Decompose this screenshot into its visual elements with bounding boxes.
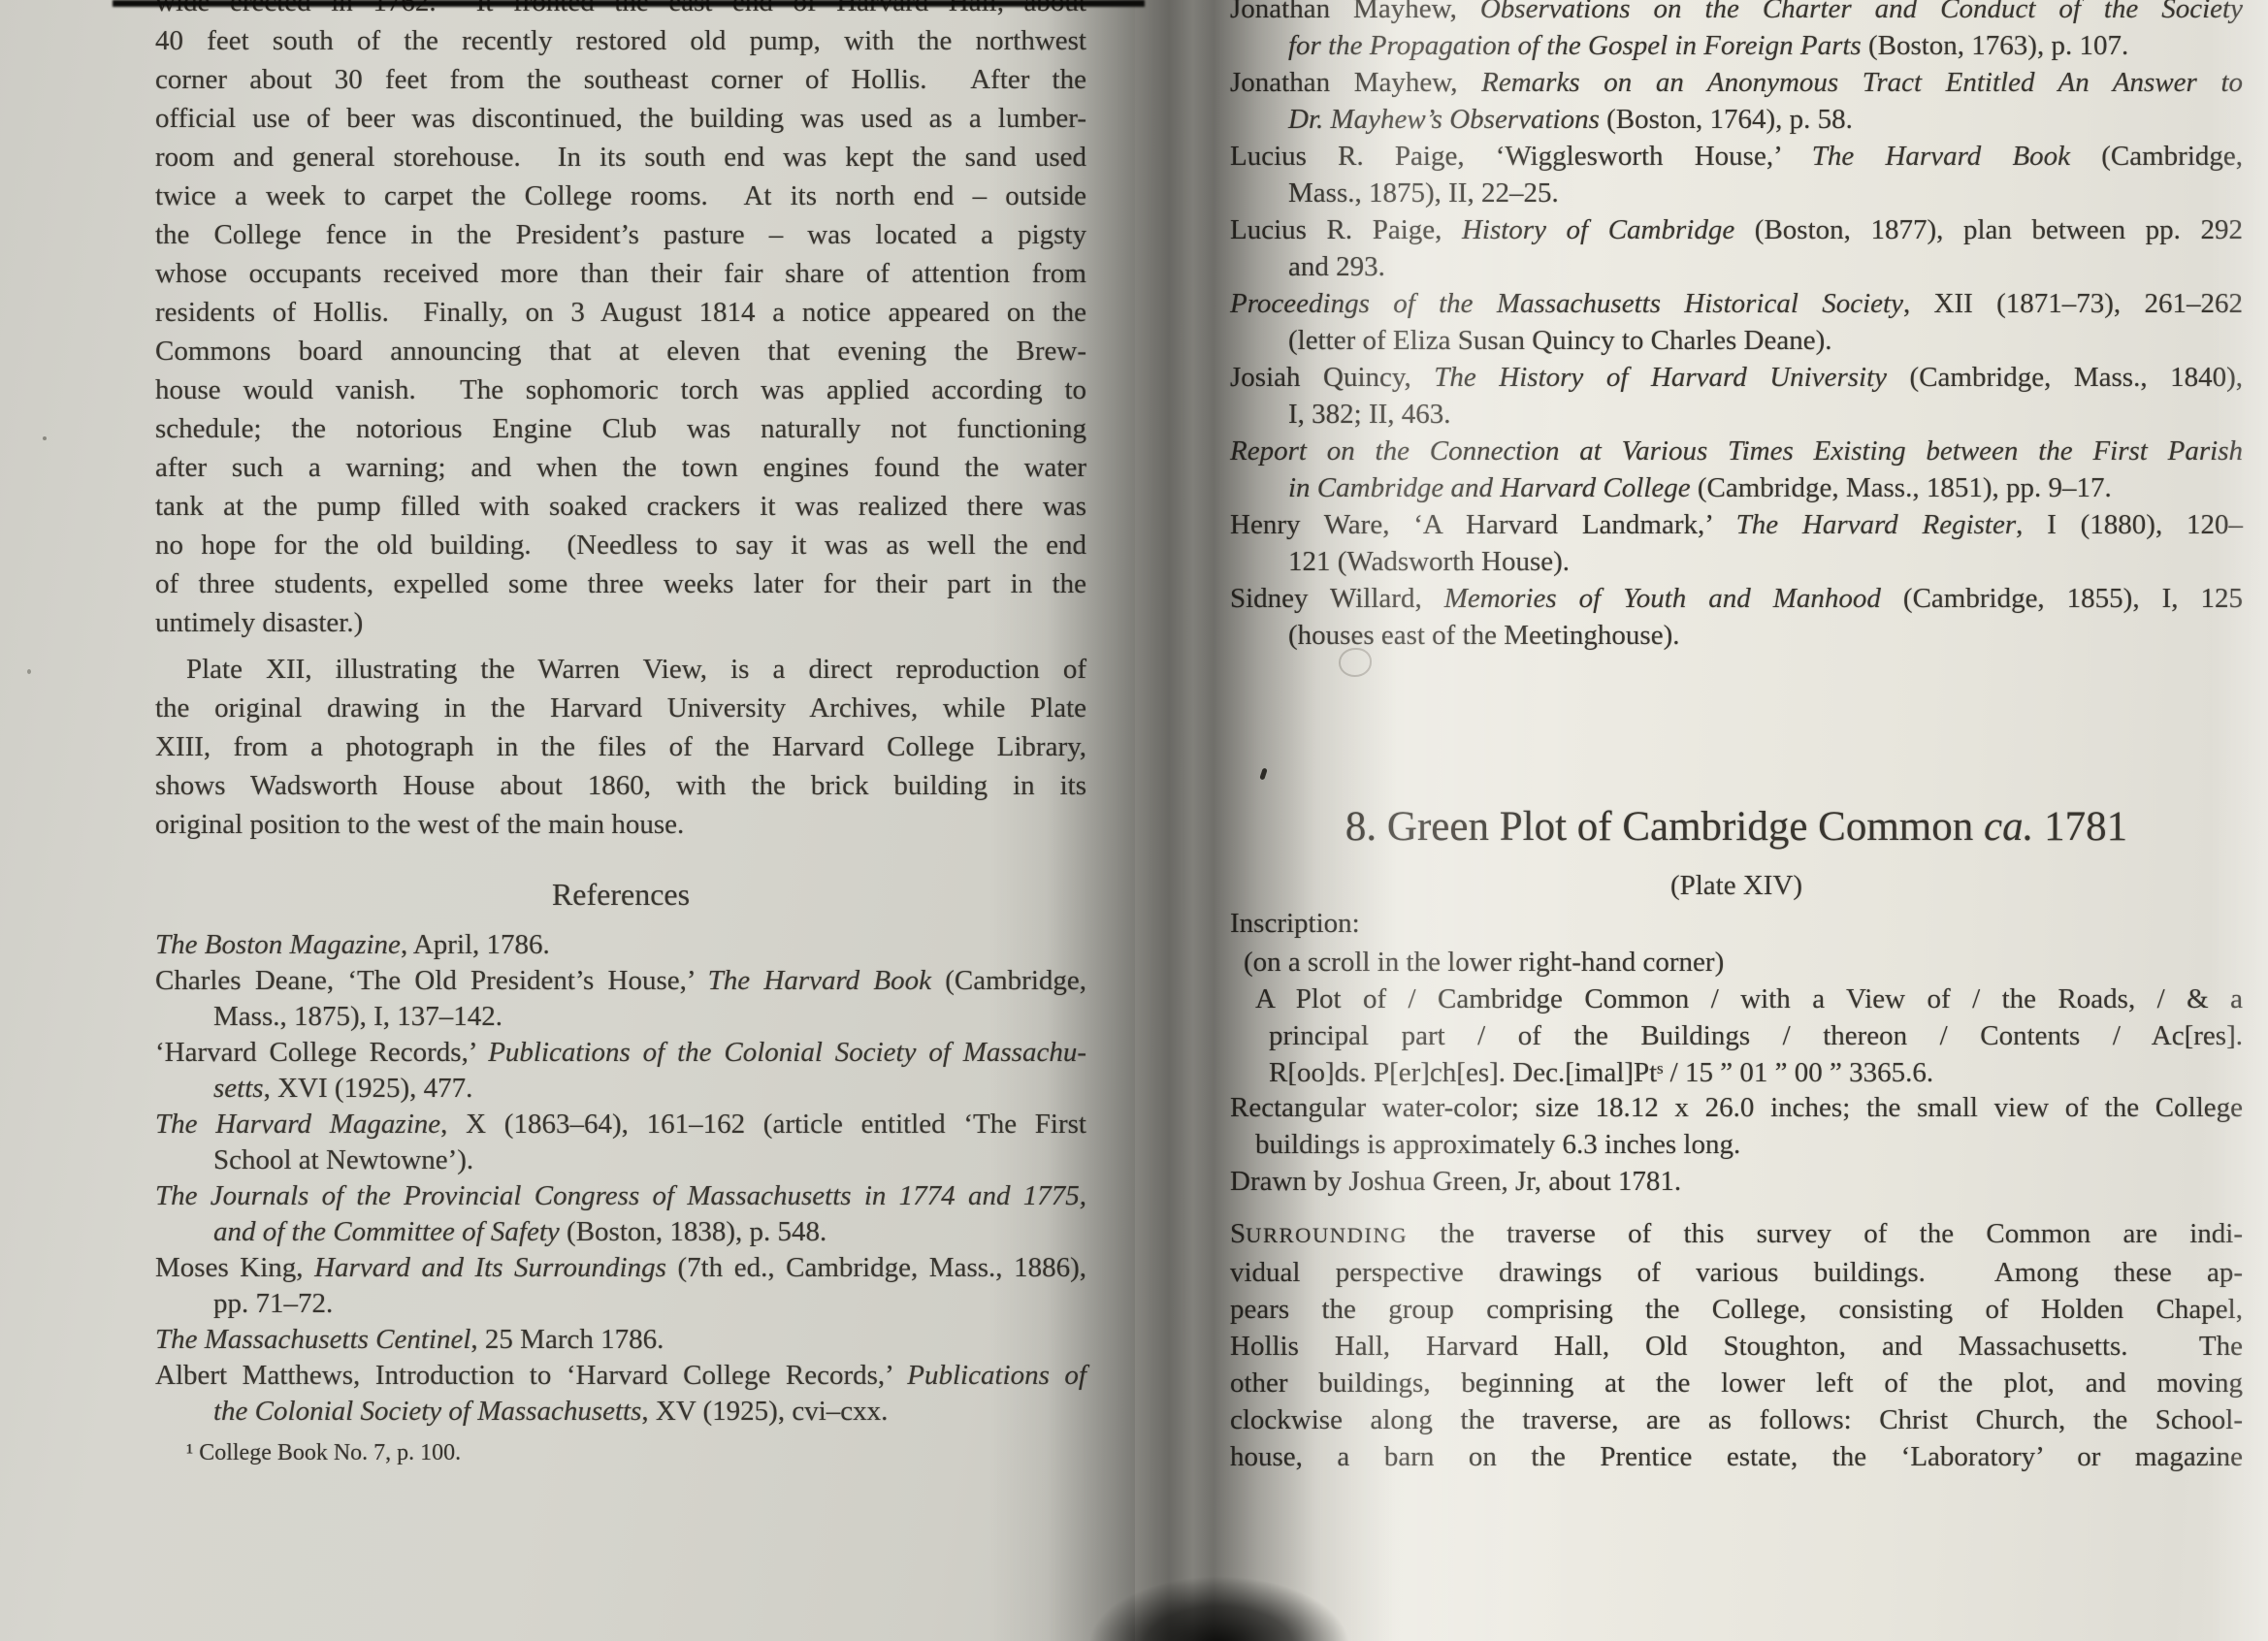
plate-caption: (Plate XIV) <box>1230 867 2243 904</box>
text-line: and of the Committee of Safety (Boston, … <box>155 1214 1086 1250</box>
text-line: pears the group comprising the College, … <box>1230 1291 2243 1328</box>
references-heading-label: References <box>552 877 690 912</box>
drawn-by-line: Drawn by Joshua Green, Jr, about 1781. <box>1230 1163 2243 1200</box>
text-line: shows Wadsworth House about 1860, with t… <box>155 766 1086 805</box>
left-paragraph-brewhouse: wide erected in 1762. It fronted the eas… <box>155 0 1086 642</box>
text-line: of three students, expelled some three w… <box>155 564 1086 603</box>
text-line: in Cambridge and Harvard College (Cambri… <box>1230 469 2243 506</box>
text-line: no hope for the old building. (Needless … <box>155 526 1086 564</box>
text-line: 121 (Wadsworth House). <box>1230 543 2243 580</box>
paper-speck <box>43 436 47 440</box>
text-line: corner about 30 feet from the southeast … <box>155 60 1086 99</box>
text-line: Drawn by Joshua Green, Jr, about 1781. <box>1230 1163 2243 1200</box>
text-line: the College fence in the President’s pas… <box>155 215 1086 254</box>
text-line: twice a week to carpet the College rooms… <box>155 177 1086 215</box>
text-line: The Journals of the Provincial Congress … <box>155 1178 1086 1214</box>
text-line: A Plot of / Cambridge Common / with a Vi… <box>1230 981 2243 1017</box>
pencil-mark <box>1339 648 1372 677</box>
text-line: the Colonial Society of Massachusetts, X… <box>155 1394 1086 1430</box>
section-heading: 8. Green Plot of Cambridge Common ca. 17… <box>1230 801 2243 853</box>
text-line: Report on the Connection at Various Time… <box>1230 433 2243 469</box>
text-line: vidual perspective drawings of various b… <box>1230 1254 2243 1291</box>
paper-speck <box>27 669 31 674</box>
text-line: (letter of Eliza Susan Quincy to Charles… <box>1230 322 2243 359</box>
text-line: R[oo]ds. P[er]ch[es]. Dec.[imal]Ptˢ / 15… <box>1230 1054 2243 1091</box>
small-caps-text: URROUNDING <box>1246 1223 1408 1247</box>
text-line: Josiah Quincy, The History of Harvard Un… <box>1230 359 2243 396</box>
text-line: Commons board announcing that at eleven … <box>155 332 1086 370</box>
text-line: for the Propagation of the Gospel in For… <box>1230 27 2243 64</box>
text-line: Albert Matthews, Introduction to ‘Harvar… <box>155 1358 1086 1394</box>
text-line: Sidney Willard, Memories of Youth and Ma… <box>1230 580 2243 617</box>
text-line: tank at the pump filled with soaked crac… <box>155 487 1086 526</box>
text-line: and 293. <box>1230 248 2243 285</box>
text-line: residents of Hollis. Finally, on 3 Augus… <box>155 293 1086 332</box>
footnote-text: ¹ College Book No. 7, p. 100. <box>186 1440 461 1465</box>
text-line: Mass., 1875), I, 137–142. <box>155 999 1086 1035</box>
text-line: room and general storehouse. In its sout… <box>155 138 1086 177</box>
text-line: principal part / of the Buildings / ther… <box>1230 1017 2243 1054</box>
text-line: SURROUNDING the traverse of this survey … <box>1230 1215 2243 1254</box>
text-line: The Boston Magazine, April, 1786. <box>155 927 1086 963</box>
medium-description: Rectangular water-color; size 18.12 x 26… <box>1230 1089 2243 1163</box>
text-line: Moses King, Harvard and Its Surroundings… <box>155 1250 1086 1286</box>
text-line: Henry Ware, ‘A Harvard Landmark,’ The Ha… <box>1230 506 2243 543</box>
text-line: Rectangular water-color; size 18.12 x 26… <box>1230 1089 2243 1126</box>
text-line: Proceedings of the Massachusetts Histori… <box>1230 285 2243 322</box>
text-line: The Massachusetts Centinel, 25 March 178… <box>155 1322 1086 1358</box>
section-body-paragraph: SURROUNDING the traverse of this survey … <box>1230 1215 2243 1475</box>
scan-edge-top <box>113 0 1145 7</box>
plate-caption-text: (Plate XIV) <box>1670 870 1802 901</box>
text-line: Jonathan Mayhew, Observations on the Cha… <box>1230 0 2243 27</box>
text-line: Lucius R. Paige, History of Cambridge (B… <box>1230 211 2243 248</box>
text-line: School at Newtowne’). <box>155 1142 1086 1178</box>
text-line: Charles Deane, ‘The Old President’s Hous… <box>155 963 1086 999</box>
text-line: original position to the west of the mai… <box>155 805 1086 844</box>
text-line: Hollis Hall, Harvard Hall, Old Stoughton… <box>1230 1328 2243 1365</box>
text-line: 40 feet south of the recently restored o… <box>155 21 1086 60</box>
text-line: setts, XVI (1925), 477. <box>155 1071 1086 1107</box>
text-line: XIII, from a photograph in the files of … <box>155 727 1086 766</box>
text-line: Lucius R. Paige, ‘Wigglesworth House,’ T… <box>1230 138 2243 175</box>
references-list: The Boston Magazine, April, 1786.Charles… <box>155 927 1086 1430</box>
text-line: other buildings, beginning at the lower … <box>1230 1365 2243 1401</box>
text-line: whose occupants received more than their… <box>155 254 1086 293</box>
text-line: untimely disaster.) <box>155 603 1086 642</box>
inscription-note: (on a scroll in the lower right-hand cor… <box>1230 944 2243 981</box>
text-line: the original drawing in the Harvard Univ… <box>155 689 1086 727</box>
text-line: buildings is approximately 6.3 inches lo… <box>1230 1126 2243 1163</box>
text-line: house, a barn on the Prentice estate, th… <box>1230 1438 2243 1475</box>
text-line: Dr. Mayhew’s Observations (Boston, 1764)… <box>1230 101 2243 138</box>
book-scan: wide erected in 1762. It fronted the eas… <box>0 0 2268 1641</box>
text-line: schedule; the notorious Engine Club was … <box>155 409 1086 448</box>
text-line: pp. 71–72. <box>155 1286 1086 1322</box>
inscription-transcript: A Plot of / Cambridge Common / with a Vi… <box>1230 981 2243 1091</box>
text-line: house would vanish. The sophomoric torch… <box>155 370 1086 409</box>
left-paragraph-plates: Plate XII, illustrating the Warren View,… <box>155 650 1086 844</box>
section-heading-text: 8. Green Plot of Cambridge Common ca. 17… <box>1345 804 2127 850</box>
text-line: after such a warning; and when the town … <box>155 448 1086 487</box>
text-line: (on a scroll in the lower right-hand cor… <box>1230 944 2243 981</box>
text-line: I, 382; II, 463. <box>1230 396 2243 433</box>
inscription-label: Inscription: <box>1230 905 2243 942</box>
text-line: Jonathan Mayhew, Remarks on an Anonymous… <box>1230 64 2243 101</box>
text-line: Plate XII, illustrating the Warren View,… <box>155 650 1086 689</box>
footnote: ¹ College Book No. 7, p. 100. <box>186 1438 1059 1467</box>
text-line: official use of beer was discontinued, t… <box>155 99 1086 138</box>
text-line: The Harvard Magazine, X (1863–64), 161–1… <box>155 1107 1086 1142</box>
text-line: Mass., 1875), II, 22–25. <box>1230 175 2243 211</box>
references-heading: References <box>155 875 1086 914</box>
text-line: (houses east of the Meetinghouse). <box>1230 617 2243 654</box>
bibliography-list: Jonathan Mayhew, Observations on the Cha… <box>1230 0 2243 654</box>
inscription-label-text: Inscription: <box>1230 908 1360 939</box>
text-line: ‘Harvard College Records,’ Publications … <box>155 1035 1086 1071</box>
text-line: clockwise along the traverse, are as fol… <box>1230 1401 2243 1438</box>
